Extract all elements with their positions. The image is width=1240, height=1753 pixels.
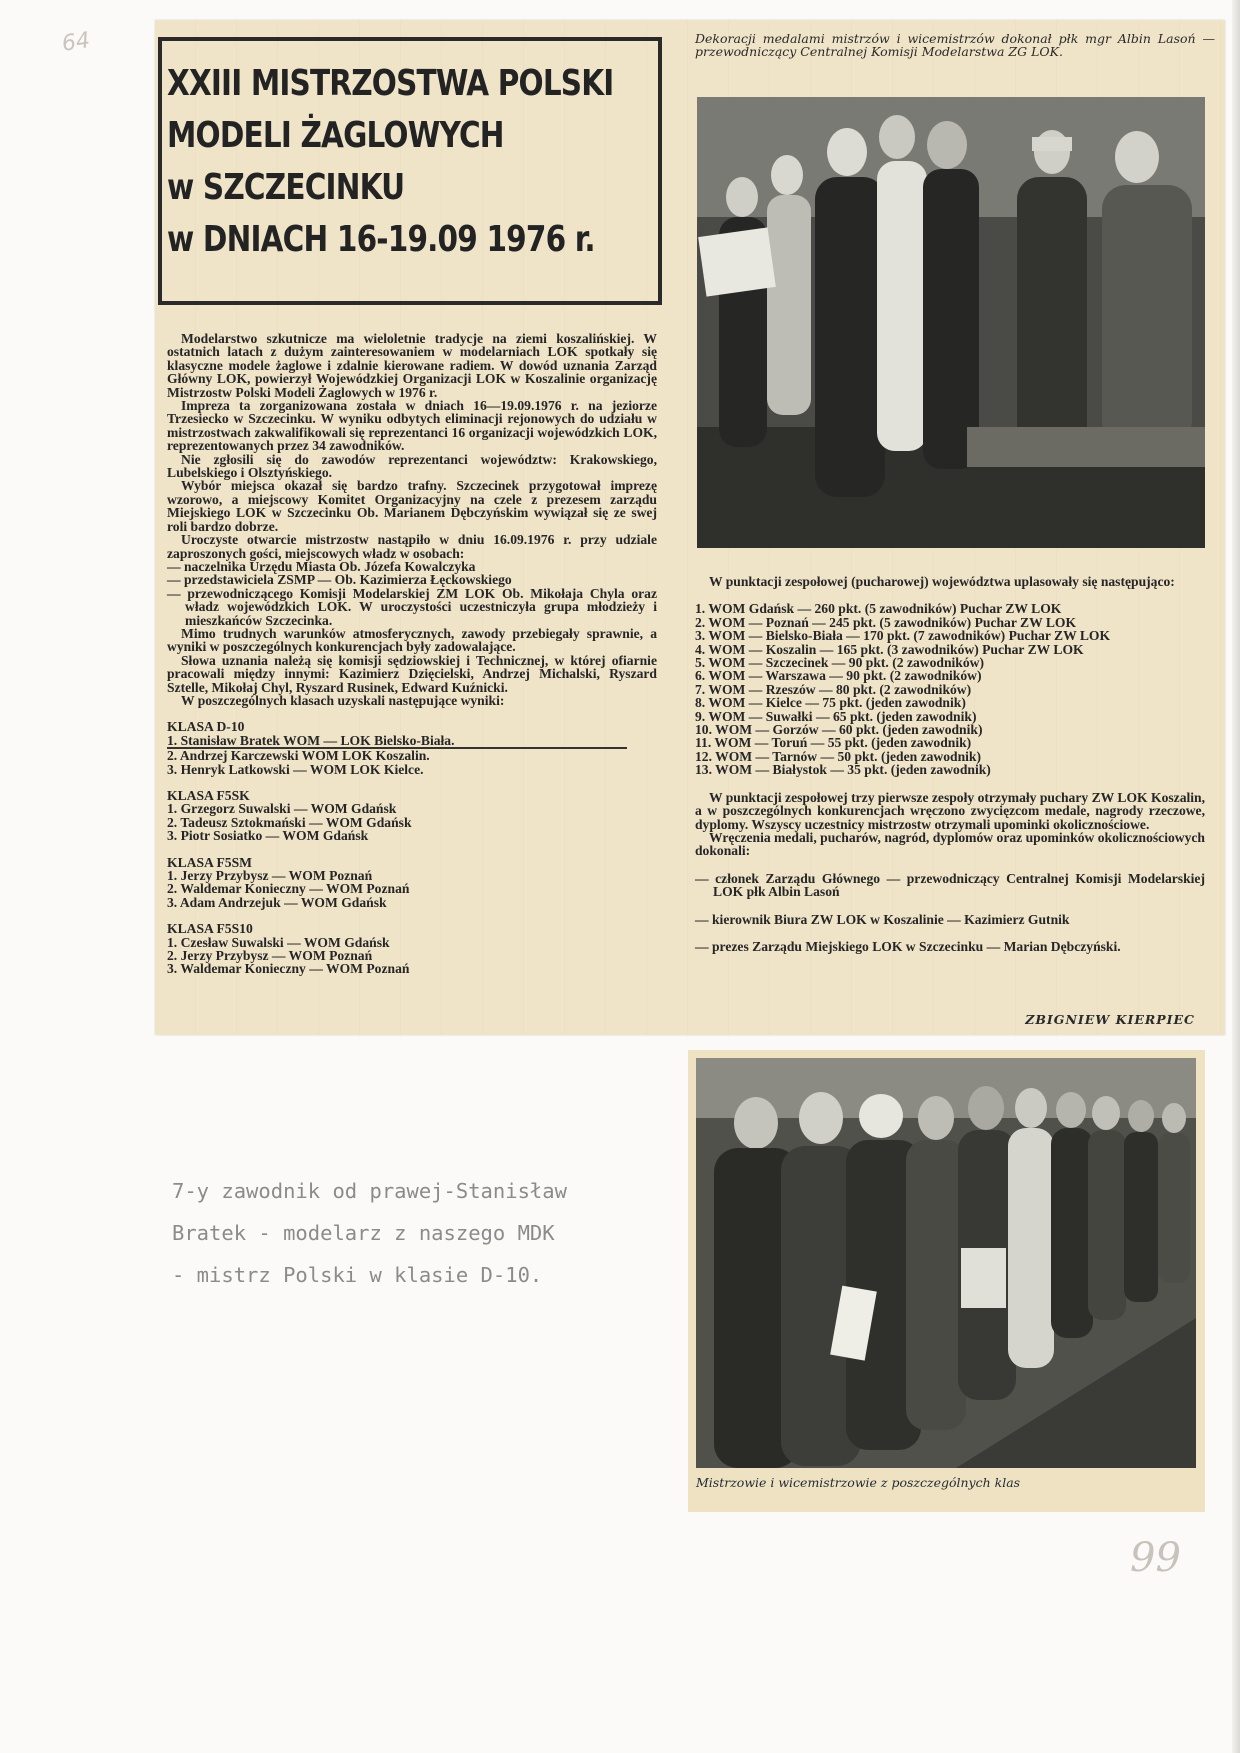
handwritten-page-number: 99 (1130, 1535, 1181, 1581)
presenter-item: — kierownik Biura ZW LOK w Koszalinie — … (695, 913, 1205, 926)
class-result: 2. Andrzej Karczewski WOM LOK Koszalin. (167, 749, 657, 762)
class-heading: KLASA F5SK (167, 789, 657, 802)
team-rank-item: 13. WOM — Białystok — 35 pkt. (jeden zaw… (695, 763, 1205, 776)
team-rank-item: 6. WOM — Warszawa — 90 pkt. (2 zawodnikó… (695, 669, 1205, 682)
author-signature: ZBIGNIEW KIERPIEC (1025, 1012, 1195, 1027)
class-heading: KLASA D-10 (167, 720, 657, 733)
class-result: 3. Henryk Latkowski — WOM LOK Kielce. (167, 763, 657, 776)
spacer (695, 858, 1205, 872)
paragraph: Słowa uznania należą się komisji sędziow… (167, 654, 657, 694)
team-rank-item: 4. WOM — Koszalin — 165 pkt. (3 zawodnik… (695, 643, 1205, 656)
class-result: 3. Adam Andrzejuk — WOM Gdańsk (167, 896, 657, 909)
spacer (695, 899, 1205, 913)
team-rank-item: 2. WOM — Poznań — 245 pkt. (5 zawodników… (695, 616, 1205, 629)
paragraph: Impreza ta zorganizowana została w dniac… (167, 399, 657, 453)
team-rank-item: 8. WOM — Kielce — 75 pkt. (jeden zawodni… (695, 696, 1205, 709)
typed-note: 7-y zawodnik od prawej-Stanisław Bratek … (172, 1170, 567, 1296)
class-result: 1. Stanisław Bratek WOM — LOK Bielsko-Bi… (167, 734, 657, 749)
paragraph: Mimo trudnych warunków atmosferycznych, … (167, 627, 657, 654)
class-result: 2. Waldemar Konieczny — WOM Poznań (167, 882, 657, 895)
paragraph: Uroczyste otwarcie mistrzostw nastąpiło … (167, 533, 657, 560)
article-body-right: W punktacji zespołowej (pucharowej) woje… (695, 575, 1205, 953)
page-edge (1232, 0, 1240, 1753)
paragraph: W poszczególnych klasach uzyskali następ… (167, 694, 657, 707)
guest-item: — przewodniczącego Komisji Modelarskiej … (167, 587, 657, 627)
class-result: 1. Czesław Suwalski — WOM Gdańsk (167, 936, 657, 949)
article-body-left: Modelarstwo szkutnicze ma wieloletnie tr… (167, 332, 657, 976)
spacer (695, 588, 1205, 602)
team-rank-item: 12. WOM — Tarnów — 50 pkt. (jeden zawodn… (695, 750, 1205, 763)
paragraph: Wręczenia medali, pucharów, nagród, dypl… (695, 831, 1205, 858)
paragraph: Modelarstwo szkutnicze ma wieloletnie tr… (167, 332, 657, 399)
team-rank-item: 3. WOM — Bielsko-Biała — 170 pkt. (7 zaw… (695, 629, 1205, 642)
spacer (695, 926, 1205, 940)
class-result: 1. Grzegorz Suwalski — WOM Gdańsk (167, 802, 657, 815)
typed-note-line: 7-y zawodnik od prawej-Stanisław (172, 1179, 567, 1203)
team-rank-item: 11. WOM — Toruń — 55 pkt. (jeden zawodni… (695, 736, 1205, 749)
class-result: 1. Jerzy Przybysz — WOM Poznań (167, 869, 657, 882)
presenter-item: — prezes Zarządu Miejskiego LOK w Szczec… (695, 940, 1205, 953)
paragraph: W punktacji zespołowej trzy pierwsze zes… (695, 791, 1205, 831)
class-result: 2. Jerzy Przybysz — WOM Poznań (167, 949, 657, 962)
champions-image (696, 1058, 1196, 1468)
guest-item: — przedstawiciela ZSMP — Ob. Kazimierza … (167, 573, 657, 586)
team-rank-item: 1. WOM Gdańsk — 260 pkt. (5 zawodników) … (695, 602, 1205, 615)
class-heading: KLASA F5SM (167, 856, 657, 869)
paragraph: Wybór miejsca okazał się bardzo trafny. … (167, 479, 657, 533)
class-heading: KLASA F5S10 (167, 922, 657, 935)
paragraph: W punktacji zespołowej (pucharowej) woje… (695, 575, 1205, 588)
typed-note-line: - mistrz Polski w klasie D-10. (172, 1263, 542, 1287)
top-photo-caption: Dekoracji medalami mistrzów i wicemistrz… (695, 32, 1215, 58)
presenter-item: — członek Zarządu Głównego — przewodnicz… (695, 872, 1205, 899)
pencil-mark: 64 (60, 28, 91, 57)
class-result: 3. Waldemar Konieczny — WOM Poznań (167, 962, 657, 975)
team-rank-item: 7. WOM — Rzeszów — 80 pkt. (2 zawodników… (695, 683, 1205, 696)
spacer (695, 777, 1205, 791)
paragraph: Nie zgłosili się do zawodów reprezentanc… (167, 453, 657, 480)
medal-ceremony-image (697, 97, 1205, 548)
team-rank-item: 10. WOM — Gorzów — 60 pkt. (jeden zawodn… (695, 723, 1205, 736)
headline: XXIII MISTRZOSTWA POLSKI MODELI ŻAGLOWYC… (167, 58, 651, 266)
team-rank-item: 5. WOM — Szczecinek — 90 pkt. (2 zawodni… (695, 656, 1205, 669)
class-result: 2. Tadeusz Sztokmański — WOM Gdańsk (167, 816, 657, 829)
champions-photo (696, 1058, 1196, 1468)
photo-clipping: Mistrzowie i wicemistrzowie z poszczegól… (688, 1050, 1205, 1512)
guest-item: — naczelnika Urzędu Miasta Ob. Józefa Ko… (167, 560, 657, 573)
medal-ceremony-photo (697, 97, 1205, 548)
typed-note-line: Bratek - modelarz z naszego MDK (172, 1221, 555, 1245)
newspaper-clipping: XXIII MISTRZOSTWA POLSKI MODELI ŻAGLOWYC… (155, 20, 1225, 1035)
team-rank-item: 9. WOM — Suwałki — 65 pkt. (jeden zawodn… (695, 710, 1205, 723)
class-result: 3. Piotr Sosiatko — WOM Gdańsk (167, 829, 657, 842)
champions-photo-caption: Mistrzowie i wicemistrzowie z poszczegól… (696, 1475, 1020, 1490)
